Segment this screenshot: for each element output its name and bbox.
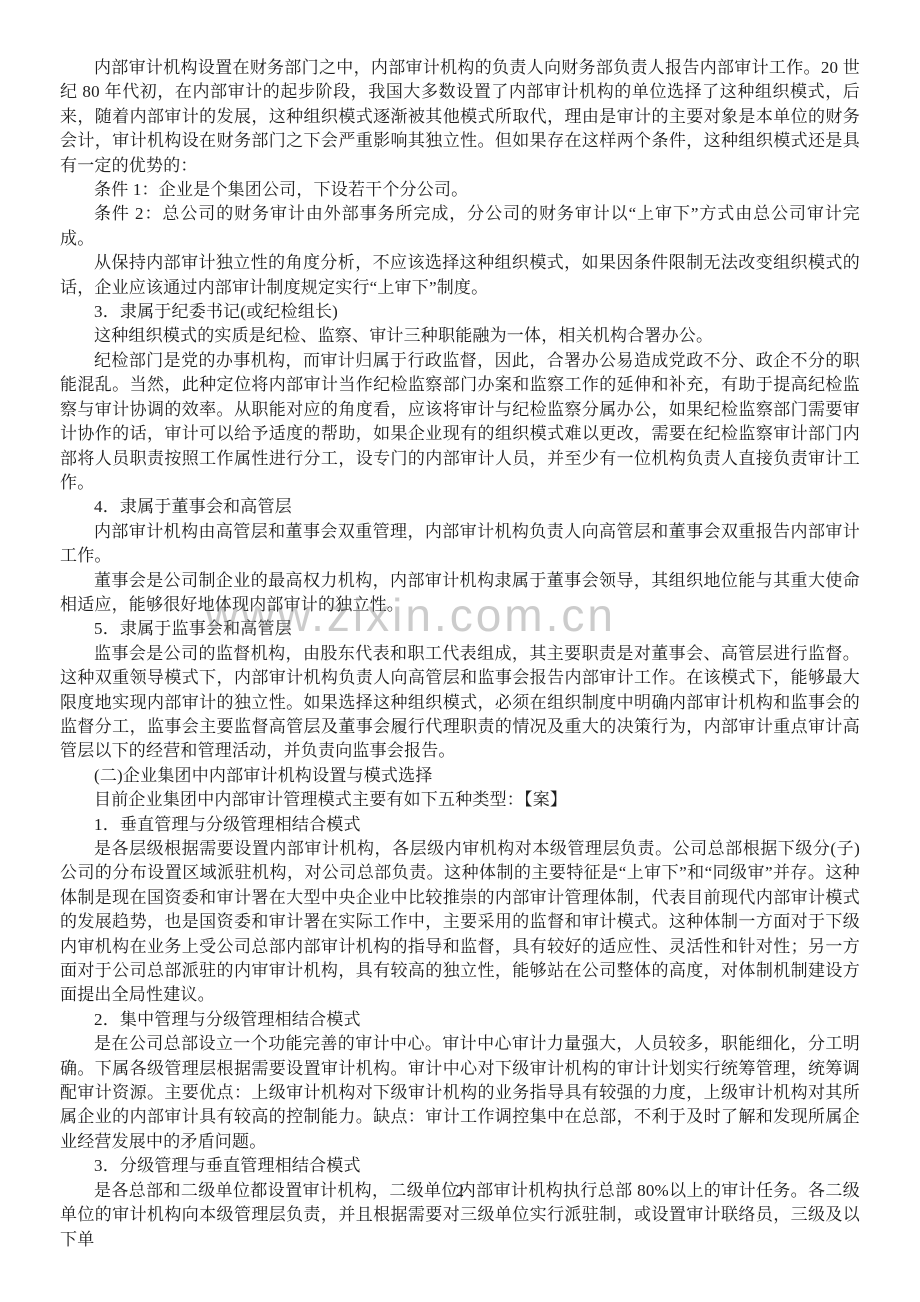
paragraph: 条件 1：企业是个集团公司，下设若干个分公司。 [60, 178, 860, 202]
paragraph: 内部审计机构由高管层和董事会双重管理，内部审计机构负责人向高管层和董事会双重报告… [60, 520, 860, 569]
document-page: 内部审计机构设置在财务部门之中，内部审计机构的负责人向财务部负责人报告内部审计工… [0, 0, 920, 1302]
paragraph-heading: 2．集中管理与分级管理相结合模式 [60, 1008, 860, 1032]
paragraph: 目前企业集团中内部审计管理模式主要有如下五种类型：【案】 [60, 788, 860, 812]
document-body: 内部审计机构设置在财务部门之中，内部审计机构的负责人向财务部负责人报告内部审计工… [60, 56, 860, 1252]
paragraph-heading: 1．垂直管理与分级管理相结合模式 [60, 813, 860, 837]
paragraph: 条件 2：总公司的财务审计由外部事务所完成，分公司的财务审计以“上审下”方式由总… [60, 202, 860, 251]
paragraph-heading: 5．隶属于监事会和高管层 [60, 617, 860, 641]
paragraph: 内部审计机构设置在财务部门之中，内部审计机构的负责人向财务部负责人报告内部审计工… [60, 56, 860, 178]
paragraph: 是在公司总部设立一个功能完善的审计中心。审计中心审计力量强大，人员较多，职能细化… [60, 1032, 860, 1154]
paragraph: 董事会是公司制企业的最高权力机构，内部审计机构隶属于董事会领导，其组织地位能与其… [60, 569, 860, 618]
paragraph-heading: 3．隶属于纪委书记(或纪检组长) [60, 300, 860, 324]
paragraph: 纪检部门是党的办事机构，而审计归属于行政监督，因此，合署办公易造成党政不分、政企… [60, 349, 860, 495]
paragraph-heading: 4．隶属于董事会和高管层 [60, 495, 860, 519]
page-number: 2 [0, 1182, 920, 1202]
paragraph: 从保持内部审计独立性的角度分析，不应该选择这种组织模式，如果因条件限制无法改变组… [60, 251, 860, 300]
paragraph-heading: (二)企业集团中内部审计机构设置与模式选择 [60, 764, 860, 788]
paragraph: 是各层级根据需要设置内部审计机构，各层级内审机构对本级管理层负责。公司总部根据下… [60, 837, 860, 1008]
paragraph: 监事会是公司的监督机构，由股东代表和职工代表组成，其主要职责是对董事会、高管层进… [60, 642, 860, 764]
paragraph-heading: 3．分级管理与垂直管理相结合模式 [60, 1154, 860, 1178]
paragraph: 这种组织模式的实质是纪检、监察、审计三种职能融为一体，相关机构合署办公。 [60, 324, 860, 348]
